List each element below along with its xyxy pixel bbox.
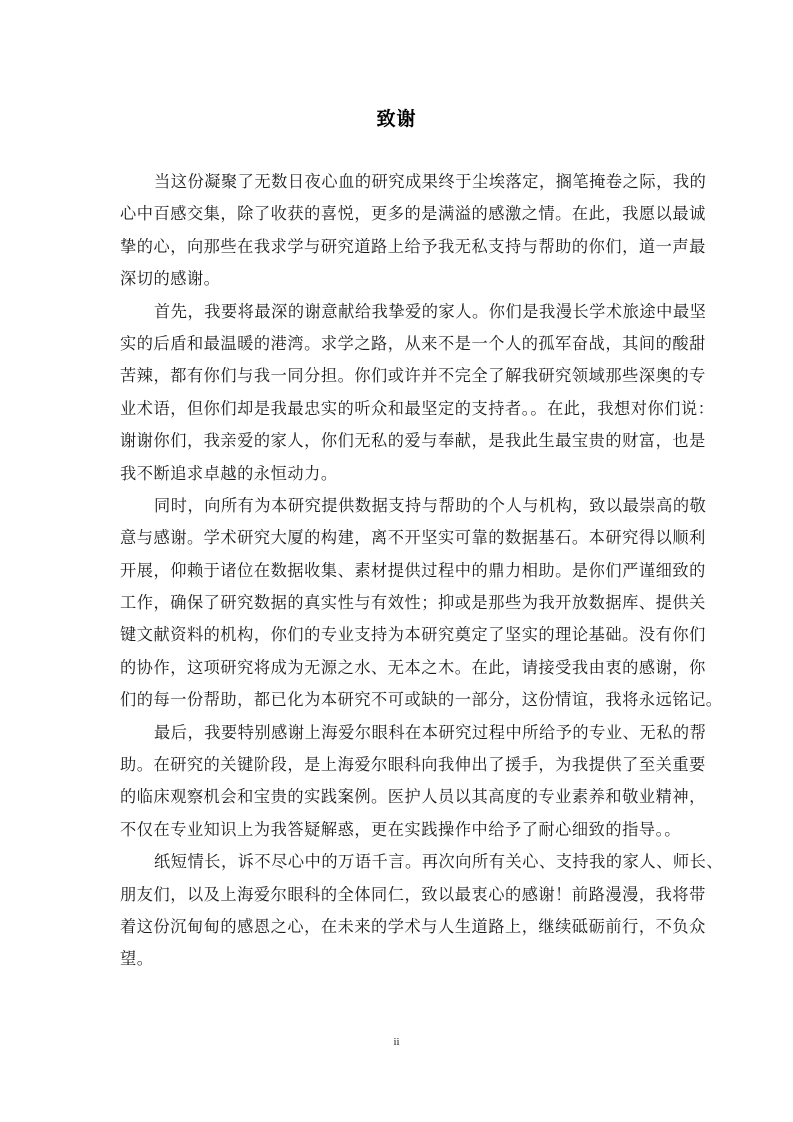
text-line: 不仅在专业知识上为我答疑解惑，更在实践操作中给予了耐心细致的指导。。 — [120, 814, 676, 846]
text-line: 的协作，这项研究将成为无源之水、无本之木。在此，请接受我由衷的感谢，你 — [120, 652, 676, 684]
text-line: 最后，我要特别感谢上海爱尔眼科在本研究过程中所给予的专业、无私的帮 — [120, 717, 676, 749]
text-line: 我不断追求卓越的永恒动力。 — [120, 458, 676, 490]
paragraph-4: 最后，我要特别感谢上海爱尔眼科在本研究过程中所给予的专业、无私的帮 助。在研究的… — [120, 717, 676, 847]
text-line: 首先，我要将最深的谢意献给我挚爱的家人。你们是我漫长学术旅途中最坚 — [120, 296, 676, 328]
text-line: 工作，确保了研究数据的真实性与有效性；抑或是那些为我开放数据库、提供关 — [120, 587, 676, 619]
paragraph-5: 纸短情长，诉不尽心中的万语千言。再次向所有关心、支持我的家人、师长、 朋友们，以… — [120, 846, 676, 976]
paragraph-2: 首先，我要将最深的谢意献给我挚爱的家人。你们是我漫长学术旅途中最坚 实的后盾和最… — [120, 296, 676, 490]
text-line: 业术语，但你们却是我最忠实的听众和最坚定的支持者。。在此，我想对你们说： — [120, 393, 676, 425]
paragraph-1: 当这份凝聚了无数日夜心血的研究成果终于尘埃落定，搁笔掩卷之际，我的 心中百感交集… — [120, 166, 676, 296]
text-line: 心中百感交集，除了收获的喜悦，更多的是满溢的感激之情。在此，我愿以最诚 — [120, 198, 676, 230]
paragraph-3: 同时，向所有为本研究提供数据支持与帮助的个人与机构，致以最崇高的敬 意与感谢。学… — [120, 490, 676, 717]
acknowledgement-body: 当这份凝聚了无数日夜心血的研究成果终于尘埃落定，搁笔掩卷之际，我的 心中百感交集… — [120, 166, 676, 976]
text-line: 挚的心，向那些在我求学与研究道路上给予我无私支持与帮助的你们，道一声最 — [120, 231, 676, 263]
text-line: 苦辣，都有你们与我一同分担。你们或许并不完全了解我研究领域那些深奥的专 — [120, 360, 676, 392]
text-line: 助。在研究的关键阶段，是上海爱尔眼科向我伸出了援手，为我提供了至关重要 — [120, 749, 676, 781]
text-line: 深切的感谢。 — [120, 263, 676, 295]
page-number: ii — [0, 1036, 793, 1048]
text-line: 键文献资料的机构，你们的专业支持为本研究奠定了坚实的理论基础。没有你们 — [120, 619, 676, 651]
page-title: 致谢 — [0, 104, 793, 131]
text-line: 纸短情长，诉不尽心中的万语千言。再次向所有关心、支持我的家人、师长、 — [120, 846, 676, 878]
document-page: 致谢 当这份凝聚了无数日夜心血的研究成果终于尘埃落定，搁笔掩卷之际，我的 心中百… — [0, 0, 793, 1122]
text-line: 的临床观察机会和宝贵的实践案例。医护人员以其高度的专业素养和敬业精神， — [120, 781, 676, 813]
text-line: 意与感谢。学术研究大厦的构建，离不开坚实可靠的数据基石。本研究得以顺利 — [120, 522, 676, 554]
text-line: 当这份凝聚了无数日夜心血的研究成果终于尘埃落定，搁笔掩卷之际，我的 — [120, 166, 676, 198]
text-line: 望。 — [120, 943, 676, 975]
text-line: 朋友们，以及上海爱尔眼科的全体同仁，致以最衷心的感谢！前路漫漫，我将带 — [120, 879, 676, 911]
text-line: 实的后盾和最温暖的港湾。求学之路，从来不是一个人的孤军奋战，其间的酸甜 — [120, 328, 676, 360]
text-line: 着这份沉甸甸的感恩之心，在未来的学术与人生道路上，继续砥砺前行，不负众 — [120, 911, 676, 943]
text-line: 开展，仰赖于诸位在数据收集、素材提供过程中的鼎力相助。是你们严谨细致的 — [120, 555, 676, 587]
text-line: 们的每一份帮助，都已化为本研究不可或缺的一部分，这份情谊，我将永远铭记。 — [120, 684, 676, 716]
text-line: 谢谢你们，我亲爱的家人，你们无私的爱与奉献，是我此生最宝贵的财富，也是 — [120, 425, 676, 457]
text-line: 同时，向所有为本研究提供数据支持与帮助的个人与机构，致以最崇高的敬 — [120, 490, 676, 522]
